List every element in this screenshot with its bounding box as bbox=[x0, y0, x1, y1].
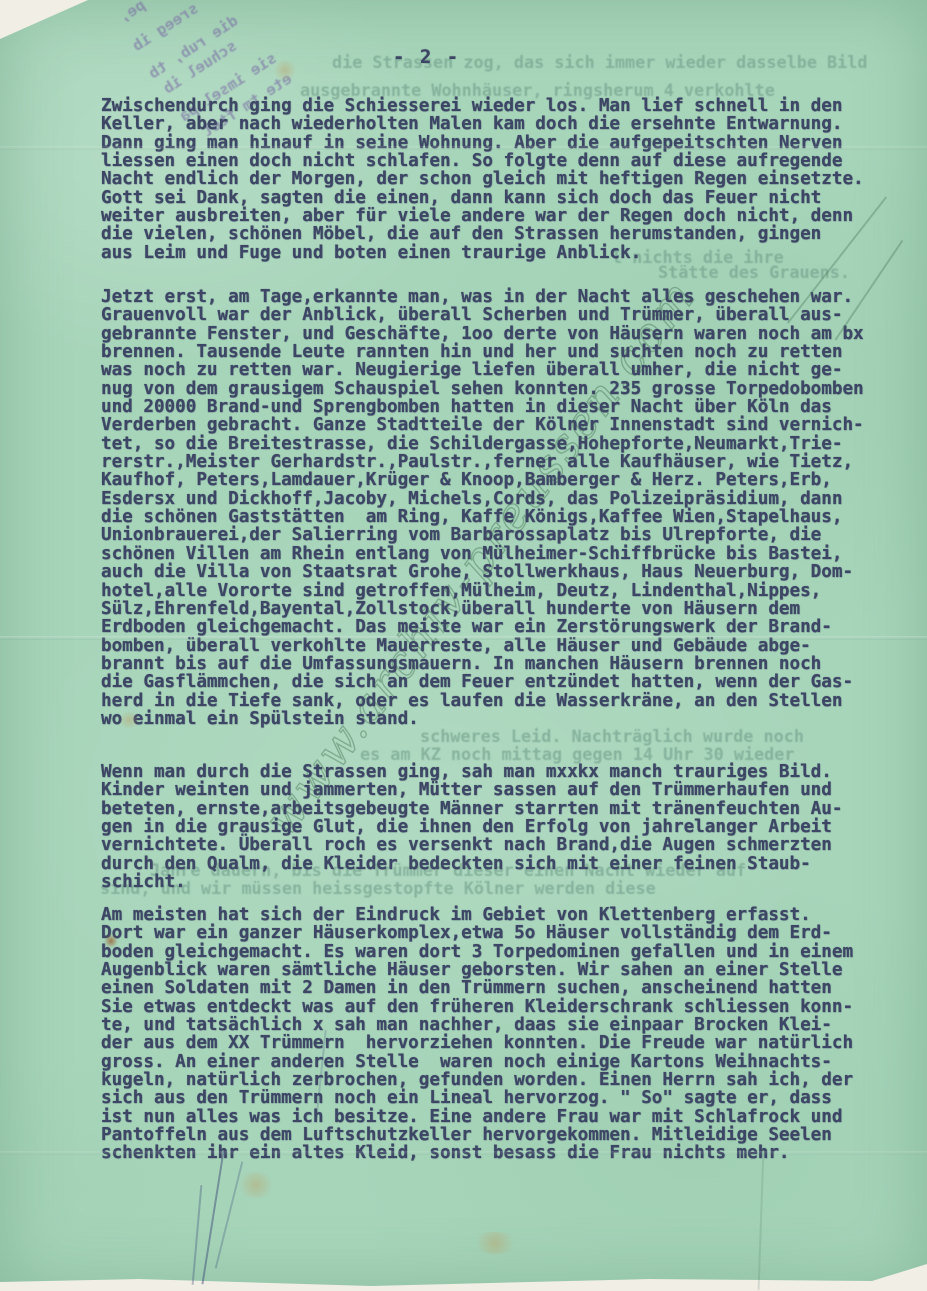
scanned-document-page: { "document": { "type": "typewritten let… bbox=[0, 0, 927, 1291]
stain bbox=[272, 60, 298, 80]
stain bbox=[118, 712, 140, 728]
fold-crease bbox=[0, 1151, 927, 1155]
paragraph-3: Wenn man durch die Strassen ging, sah ma… bbox=[101, 763, 911, 891]
stain bbox=[470, 1232, 520, 1254]
paragraph-2: Jetzt erst, am Tage,erkannte man, was in… bbox=[101, 288, 911, 728]
fold-crease bbox=[0, 636, 927, 640]
stain bbox=[236, 1172, 276, 1198]
fold-crease bbox=[0, 146, 927, 150]
paragraph-1: Zwischendurch ging die Schiesserei wiede… bbox=[101, 97, 911, 262]
page-number: - 2 - bbox=[393, 46, 460, 68]
stain bbox=[104, 934, 118, 948]
ghost-text: es am KZ noch mittag gegen 14 Uhr 30 wie… bbox=[360, 744, 794, 764]
paragraph-4: Am meisten hat sich der Eindruck im Gebi… bbox=[101, 906, 911, 1163]
ghost-text: schweres Leid. Nachträglich wurde noch bbox=[420, 726, 804, 746]
